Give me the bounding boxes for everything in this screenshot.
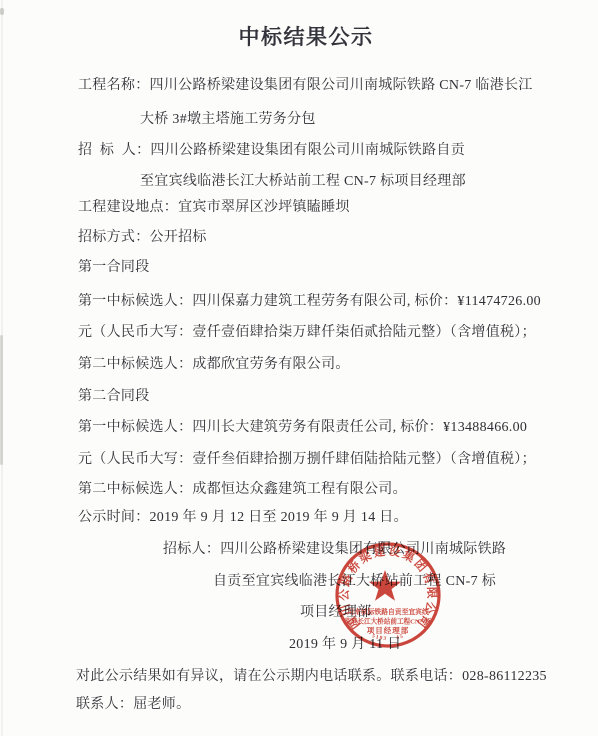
bid-result-announcement-document: 中标结果公示 工程名称：四川公路桥梁建设集团有限公司川南城际铁路 CN-7 临港… — [0, 0, 598, 736]
line-section2-candidate2: 第二中标候选人：成都恒达众鑫建筑工程有限公司。 — [78, 480, 407, 500]
line-tenderee-2: 至宜宾线临港长江大桥站前工程 CN-7 标项目经理部 — [140, 172, 466, 192]
line-contact-notice: 对此公示结果如有异议，请在公示期内电话联系。联系电话：028-86112235 — [76, 667, 547, 687]
line-project-name-2: 大桥 3#墩主塔施工劳务分包 — [140, 110, 316, 130]
line-location: 工程建设地点：宜宾市翠屏区沙坪镇瞌睡坝 — [78, 198, 350, 218]
document-title-text: 中标结果公示 — [239, 25, 374, 49]
line-project-name-1: 工程名称：四川公路桥梁建设集团有限公司川南城际铁路 CN-7 临港长江 — [78, 76, 533, 96]
line-method: 招标方式：公开招标 — [78, 228, 207, 248]
line-section1-candidate2: 第二中标候选人：成都欣宜劳务有限公司。 — [78, 355, 350, 375]
seal-inner-line-1: 川南城际铁路自贡至宜宾线 — [347, 607, 429, 616]
line-section1-candidate1: 第一中标候选人：四川保嘉力建筑工程劳务有限公司, 标价：¥11474726.00 — [78, 292, 541, 312]
line-publicity-period: 公示时间：2019 年 9 月 12 日至 2019 年 9 月 14 日。 — [78, 508, 408, 528]
line-section2-heading: 第二合同段 — [78, 387, 150, 407]
line-section1-heading: 第一合同段 — [78, 258, 150, 278]
official-seal-stamp: 四川公路桥梁建设集团有限公司 川南城际铁路自贡至宜宾线 临港长江大桥站前工程CN… — [333, 540, 443, 650]
scan-edge-speck — [0, 8, 4, 15]
line-contact-person: 联系人：屈老师。 — [76, 695, 190, 715]
star-icon — [369, 570, 401, 601]
line-tenderee-1: 招 标 人：四川公路桥梁建设集团有限公司川南城际铁路自贡 — [78, 141, 465, 161]
line-section2-candidate1-caps: 元（人民币大写：壹仟叁佰肆拾捌万捌仟肆佰陆拾陆元整）（含增值税）； — [78, 450, 536, 470]
line-section1-candidate1-caps: 元（人民币大写：壹仟壹佰肆拾柒万肆仟柒佰贰拾陆元整）（含增值税）； — [78, 323, 536, 343]
document-title: 中标结果公示 — [0, 21, 598, 51]
seal-inner-line-2: 临港长江大桥站前工程CN-7标 — [344, 617, 432, 626]
line-section2-candidate1: 第一中标候选人：四川长大建筑劳务有限责任公司, 标价：¥13488466.00 — [78, 418, 527, 438]
scan-edge-streak — [0, 335, 3, 465]
